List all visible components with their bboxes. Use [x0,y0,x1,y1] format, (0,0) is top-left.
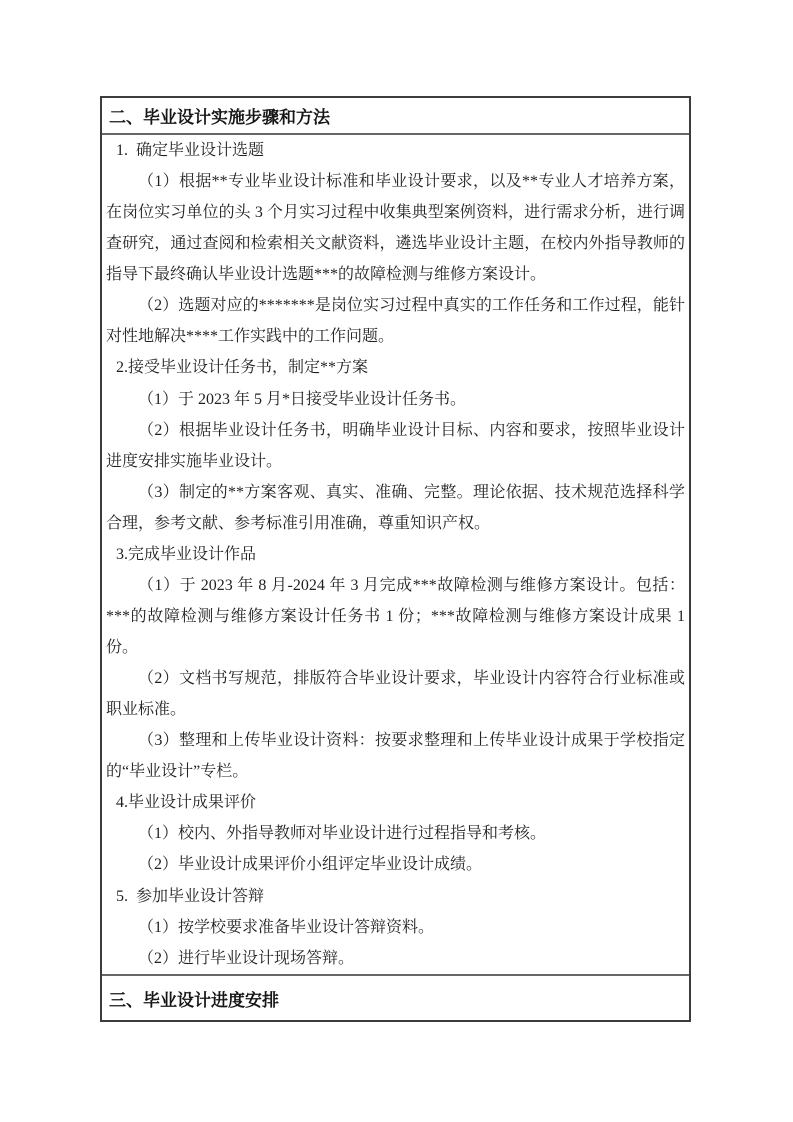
paragraph-step-2-title: 2.接受毕业设计任务书，制定**方案 [106,352,685,383]
graduation-design-table: 二、毕业设计实施步骤和方法 1. 确定毕业设计选题 （1）根据**专业毕业设计标… [100,96,691,1022]
implementation-steps-content: 1. 确定毕业设计选题 （1）根据**专业毕业设计标准和毕业设计要求，以及**专… [102,135,689,974]
paragraph-step-5-item-1: （1）按学校要求准备毕业设计答辩资料。 [106,912,685,943]
section-heading-implementation-steps-label: 二、毕业设计实施步骤和方法 [109,103,330,128]
paragraph-step-2-item-3: （3）制定的**方案客观、真实、准确、完整。理论依据、技术规范选择科学合理，参考… [106,477,685,539]
paragraph-step-3-title: 3.完成毕业设计作品 [106,539,685,570]
section-heading-schedule-label: 三、毕业设计进度安排 [109,986,279,1011]
paragraph-step-3-item-2: （2）文档书写规范，排版符合毕业设计要求，毕业设计内容符合行业标准或职业标准。 [106,663,685,725]
paragraph-step-2-item-2: （2）根据毕业设计任务书，明确毕业设计目标、内容和要求，按照毕业设计进度安排实施… [106,415,685,477]
paragraph-step-5-item-2: （2）进行毕业设计现场答辩。 [106,943,685,974]
paragraph-step-4-item-2: （2）毕业设计成果评价小组评定毕业设计成绩。 [106,849,685,880]
paragraph-step-3-item-3: （3）整理和上传毕业设计资料：按要求整理和上传毕业设计成果于学校指定的“毕业设计… [106,725,685,787]
document-page: 二、毕业设计实施步骤和方法 1. 确定毕业设计选题 （1）根据**专业毕业设计标… [0,0,793,1122]
paragraph-step-2-item-1: （1）于 2023 年 5 月*日接受毕业设计任务书。 [106,384,685,415]
paragraph-step-5-title: 5. 参加毕业设计答辩 [106,881,685,912]
section-heading-implementation-steps: 二、毕业设计实施步骤和方法 [102,98,689,135]
paragraph-step-1-item-1: （1）根据**专业毕业设计标准和毕业设计要求，以及**专业人才培养方案，在岗位实… [106,166,685,290]
paragraph-step-3-item-1: （1）于 2023 年 8 月-2024 年 3 月完成***故障检测与维修方案… [106,570,685,663]
paragraph-step-4-item-1: （1）校内、外指导教师对毕业设计进行过程指导和考核。 [106,818,685,849]
section-heading-schedule: 三、毕业设计进度安排 [102,974,689,1020]
paragraph-step-1-item-2: （2）选题对应的*******是岗位实习过程中真实的工作任务和工作过程，能针对性… [106,290,685,352]
paragraph-step-1-title: 1. 确定毕业设计选题 [106,135,685,166]
paragraph-step-4-title: 4.毕业设计成果评价 [106,787,685,818]
